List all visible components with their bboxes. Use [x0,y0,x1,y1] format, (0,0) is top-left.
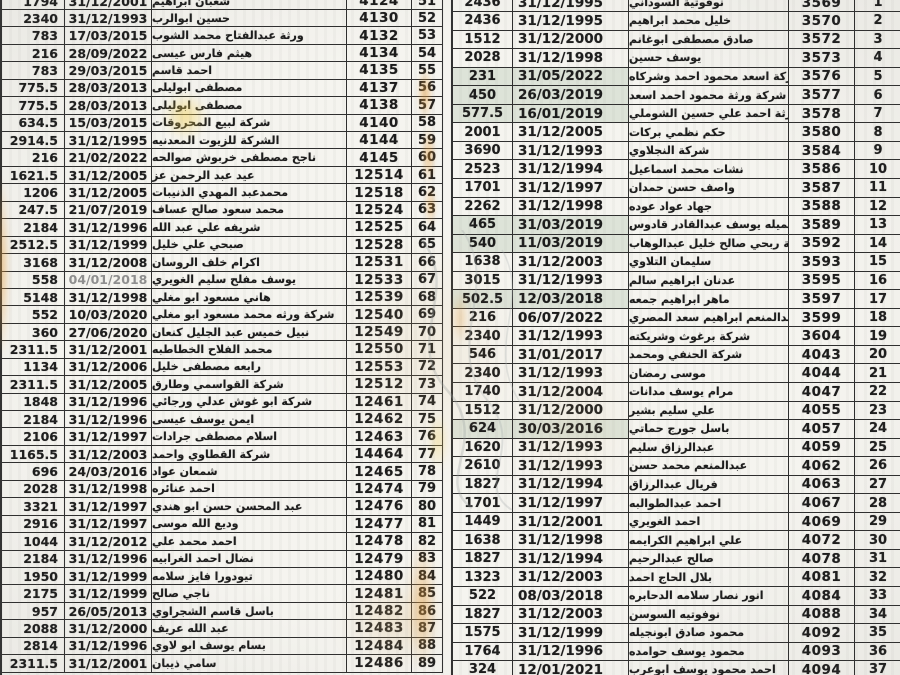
cell-name: شركة ورثه محمد مسعود ابو مغلي [152,306,347,323]
cell-amount: 1638 [453,531,513,550]
cell-date: 31/12/1993 [65,10,152,27]
cell-name: شركة ورثة محمود احمد اسعد [629,86,789,105]
table-row: 36027/06/2020نبيل خميس عبد الجليل كنعان1… [2,324,443,341]
cell-id: 4069 [789,513,855,532]
cell-amount: 1206 [2,184,65,201]
cell-seq: 13 [855,216,900,235]
cell-seq: 82 [412,533,443,550]
cell-name: ورثة عبدالفتاح محمد الشوب [152,27,347,44]
cell-name: صبحي علي خليل [152,237,347,254]
cell-id: 12482 [347,603,412,620]
cell-seq: 19 [855,327,900,346]
cell-id: 4088 [789,606,855,625]
cell-id: 3584 [789,142,855,161]
cell-seq: 51 [412,0,443,10]
cell-amount: 1827 [453,606,513,625]
cell-name: جميله يوسف عبدالقادر قادوس [629,216,789,235]
cell-name: شمعان عواد [152,463,347,480]
cell-seq: 27 [855,476,900,495]
table-row: 104431/12/2012احمد محمد علي1247882 [2,533,443,550]
cell-amount: 2523 [453,160,513,179]
table-row: 291631/12/1997وديع الله موسى1247781 [2,516,443,533]
cell-seq: 33 [855,587,900,606]
cell-seq: 22 [855,383,900,402]
cell-seq: 89 [412,655,443,672]
cell-id: 3599 [789,309,855,328]
table-row: 163831/12/2003سليمان التلاوي359315 [453,253,900,272]
cell-amount: 2512.5 [2,237,65,254]
cell-name: واصف حسن حمدان [629,179,789,198]
cell-date: 31/12/1993 [513,439,629,458]
cell-id: 12476 [347,498,412,515]
cell-date: 17/03/2015 [65,27,152,44]
cell-amount: 3690 [453,142,513,161]
cell-id: 4094 [789,661,855,675]
cell-date: 12/03/2018 [513,290,629,309]
cell-name: شركة لبيع المحروقات [152,115,347,132]
cell-name: شركة الحنفي ومحمد [629,346,789,365]
table-row: 113431/12/2006رابعه مصطفى خليل1255372 [2,359,443,376]
cell-amount: 2088 [2,620,65,637]
cell-amount: 502.5 [453,290,513,309]
cell-id: 12518 [347,184,412,201]
cell-date: 31/12/1999 [65,237,152,254]
cell-name: تيودورا فايز سلامه [152,568,347,585]
table-row: 55210/03/2020شركة ورثه محمد مسعود ابو مغ… [2,306,443,323]
cell-date: 31/12/1997 [513,494,629,513]
cell-amount: 1950 [2,568,65,585]
table-row: 132331/12/2003بلال الحاج احمد408132 [453,568,900,587]
table-row: 52208/03/2018انور نصار سلامه الدحابره408… [453,587,900,606]
cell-name: شركة اسعد محمود احمد وشركاه [629,68,789,87]
cell-id: 4067 [789,494,855,513]
cell-name: هاني مسعود ابو مغلي [152,289,347,306]
table-row: 2914.531/12/1995الشركة للزيوت المعدنيه41… [2,132,443,149]
table-row: 151231/12/2000صادق مصطفى ابوغانم35723 [453,31,900,50]
cell-id: 3570 [789,12,855,31]
cell-id: 4132 [347,27,412,44]
cell-seq: 23 [855,402,900,421]
table-row: 208831/12/2000عبد الله عريف1248387 [2,620,443,637]
cell-date: 21/07/2019 [65,202,152,219]
table-row: 234031/12/1993حسين ابوالرب413052 [2,10,443,27]
cell-name: نشات محمد اسماعيل [629,160,789,179]
cell-id: 4055 [789,402,855,421]
ledger-rows-left: 179431/12/2001شعبان ابراهيم412451234031/… [2,0,443,673]
cell-seq: 73 [412,376,443,393]
table-row: 2311.531/12/2001سامي ذيبان1248689 [2,655,443,672]
cell-id: 12479 [347,551,412,568]
cell-seq: 24 [855,420,900,439]
table-row: 195031/12/1999تيودورا فايز سلامه1248084 [2,568,443,585]
cell-seq: 55 [412,62,443,79]
cell-name: ماهر ابراهيم جمعه [629,290,789,309]
cell-id: 4135 [347,62,412,79]
cell-seq: 14 [855,235,900,254]
cell-seq: 34 [855,606,900,625]
cell-id: 12461 [347,394,412,411]
cell-date: 31/12/2001 [65,341,152,358]
cell-name: علي سليم بشير [629,402,789,421]
cell-id: 3589 [789,216,855,235]
cell-id: 3573 [789,49,855,68]
cell-seq: 77 [412,446,443,463]
cell-name: شركة برغوث وشريكته [629,327,789,346]
cell-date: 28/03/2013 [65,97,152,114]
cell-date: 15/03/2015 [65,115,152,132]
table-row: 120631/12/2005محمدعبد المهدي الذنيبات125… [2,184,443,201]
cell-id: 3587 [789,179,855,198]
cell-name: نبيل خميس عبد الجليل كنعان [152,324,347,341]
cell-seq: 65 [412,237,443,254]
cell-name: شعبان ابراهيم [152,0,347,10]
table-row: 182731/12/1994فريال عبدالرزاق406327 [453,476,900,495]
cell-date: 06/07/2022 [513,309,629,328]
cell-date: 27/06/2020 [65,324,152,341]
cell-date: 31/12/1996 [513,643,629,662]
table-row: 217531/12/1999ناجي صالح1248185 [2,585,443,602]
cell-amount: 1323 [453,568,513,587]
cell-seq: 21 [855,364,900,383]
table-row: 182731/12/1994صالح عبدالرحيم407831 [453,550,900,569]
table-row: 1165.531/12/2003شركة القطاوي واحمد144647… [2,446,443,463]
cell-id: 4130 [347,10,412,27]
cell-date: 26/05/2013 [65,603,152,620]
cell-date: 31/12/2000 [65,620,152,637]
cell-seq: 56 [412,80,443,97]
cell-seq: 9 [855,142,900,161]
cell-date: 31/12/1995 [513,0,629,12]
table-row: 78329/03/2015احمد قاسم413555 [2,62,443,79]
table-row: 2311.531/12/2005شركة القواسمي وطارق12512… [2,376,443,393]
cell-amount: 1134 [2,359,65,376]
cell-date: 31/12/1998 [65,481,152,498]
cell-seq: 29 [855,513,900,532]
cell-seq: 11 [855,179,900,198]
cell-amount: 2311.5 [2,655,65,672]
cell-seq: 78 [412,463,443,480]
cell-seq: 72 [412,359,443,376]
cell-date: 31/12/2006 [65,359,152,376]
cell-date: 31/12/2003 [513,253,629,272]
cell-date: 31/12/1996 [65,394,152,411]
table-row: 32412/01/2021احمد محمود يوسف ابوعرب40943… [453,661,900,675]
cell-amount: 465 [453,216,513,235]
table-row: 21628/09/2022هيثم فارس عيسى413454 [2,45,443,62]
cell-id: 12549 [347,324,412,341]
cell-date: 31/12/1995 [65,132,152,149]
cell-seq: 71 [412,341,443,358]
cell-date: 31/12/2005 [513,123,629,142]
cell-amount: 2028 [453,49,513,68]
cell-amount: 1848 [2,394,65,411]
cell-date: 08/03/2018 [513,587,629,606]
table-row: 157531/12/1999محمود صادق ابونجيله409235 [453,624,900,643]
cell-id: 3572 [789,31,855,50]
cell-id: 3595 [789,272,855,291]
table-row: 252331/12/1994نشات محمد اسماعيل358610 [453,160,900,179]
cell-name: مرام يوسف مدانات [629,383,789,402]
cell-amount: 775.5 [2,80,65,97]
cell-seq: 75 [412,411,443,428]
table-row: 369031/12/1993شركة النجلاوي35849 [453,142,900,161]
cell-seq: 80 [412,498,443,515]
table-row: 332131/12/1997عبد المحسن حسن ابو هندي124… [2,498,443,515]
cell-date: 31/12/2008 [65,254,152,271]
cell-date: 12/01/2021 [513,661,629,675]
table-row: 182731/12/2003نوفوتيه السوسن408834 [453,606,900,625]
cell-date: 31/12/2005 [65,167,152,184]
table-row: 54631/01/2017شركة الحنفي ومحمد404320 [453,346,900,365]
cell-amount: 2610 [453,457,513,476]
table-row: 54011/03/2019ورثة ربحي صالح خليل عبدالوه… [453,235,900,254]
cell-name: صالح عبدالرحيم [629,550,789,569]
cell-id: 12512 [347,376,412,393]
cell-amount: 2340 [453,327,513,346]
table-row: 218431/12/1996ايمن يوسف عيسى1246275 [2,411,443,428]
cell-id: 12553 [347,359,412,376]
table-row: 62430/03/2016باسل جورج حماتي405724 [453,420,900,439]
cell-id: 12531 [347,254,412,271]
table-row: 2311.531/12/2001محمد الفلاح الخطاطبه1255… [2,341,443,358]
cell-name: ورثة احمد علي حسين الشوملي [629,105,789,124]
cell-id: 12465 [347,463,412,480]
cell-date: 31/12/1993 [513,457,629,476]
cell-date: 31/12/1996 [65,219,152,236]
cell-seq: 28 [855,494,900,513]
cell-seq: 63 [412,202,443,219]
cell-amount: 5148 [2,289,65,306]
cell-seq: 31 [855,550,900,569]
cell-id: 4047 [789,383,855,402]
cell-id: 4063 [789,476,855,495]
cell-name: احمد محمود يوسف ابوعرب [629,661,789,675]
cell-amount: 3321 [2,498,65,515]
table-row: 200131/12/2005حكم نظمي بركات35808 [453,123,900,142]
cell-date: 31/12/1996 [65,551,152,568]
cell-id: 3597 [789,290,855,309]
table-row: 151231/12/2000علي سليم بشير405523 [453,402,900,421]
cell-date: 31/01/2017 [513,346,629,365]
cell-id: 4138 [347,97,412,114]
cell-seq: 76 [412,428,443,445]
cell-id: 12524 [347,202,412,219]
cell-date: 04/01/2018 [65,272,152,289]
cell-id: 12477 [347,516,412,533]
table-row: 316831/12/2008اكرام خلف الروسان1253166 [2,254,443,271]
cell-name: جهاد عواد عوده [629,198,789,217]
table-row: 45026/03/2019شركة ورثة محمود احمد اسعد35… [453,86,900,105]
cell-date: 31/12/1999 [65,568,152,585]
table-row: 202831/12/1998احمد عنائره1247479 [2,481,443,498]
cell-id: 12539 [347,289,412,306]
cell-date: 24/03/2016 [65,463,152,480]
cell-seq: 52 [412,10,443,27]
cell-id: 4078 [789,550,855,569]
table-row: 247.521/07/2019محمد سعود صالح عساف125246… [2,202,443,219]
cell-amount: 1827 [453,550,513,569]
cell-id: 3586 [789,160,855,179]
cell-seq: 8 [855,123,900,142]
table-row: 218431/12/1996نضال احمد الغرابيه1247983 [2,551,443,568]
cell-seq: 88 [412,638,443,655]
cell-id: 12550 [347,341,412,358]
cell-id: 12481 [347,585,412,602]
cell-amount: 1512 [453,402,513,421]
cell-date: 31/12/2000 [513,402,629,421]
cell-seq: 6 [855,86,900,105]
cell-id: 4144 [347,132,412,149]
cell-date: 31/12/1993 [513,364,629,383]
cell-amount: 2184 [2,551,65,568]
cell-name: محمود يوسف حوامده [629,643,789,662]
cell-amount: 1575 [453,624,513,643]
cell-amount: 3168 [2,254,65,271]
cell-date: 31/12/2000 [513,31,629,50]
cell-seq: 18 [855,309,900,328]
cell-amount: 450 [453,86,513,105]
cell-name: حكم نظمي بركات [629,123,789,142]
cell-seq: 3 [855,31,900,50]
cell-amount: 540 [453,235,513,254]
table-row: 577.516/01/2019ورثة احمد علي حسين الشومل… [453,105,900,124]
cell-amount: 1621.5 [2,167,65,184]
ledger-table-left: 179431/12/2001شعبان ابراهيم412451234031/… [0,0,443,675]
cell-seq: 1 [855,0,900,12]
cell-name: عدنان ابراهيم سالم [629,272,789,291]
cell-date: 31/12/1993 [513,272,629,291]
cell-seq: 25 [855,439,900,458]
cell-id: 4140 [347,115,412,132]
table-row: 243631/12/1995نوفوتية السوداني35691 [453,0,900,12]
table-row: 184831/12/1996شركة ابو غوش عدلي ورجائي12… [2,394,443,411]
cell-name: مصطفى ابوليلى [152,97,347,114]
cell-name: اكرام خلف الروسان [152,254,347,271]
cell-amount: 558 [2,272,65,289]
cell-id: 3578 [789,105,855,124]
cell-amount: 552 [2,306,65,323]
cell-seq: 5 [855,68,900,87]
table-row: 176431/12/1996محمود يوسف حوامده409336 [453,643,900,662]
cell-id: 4092 [789,624,855,643]
cell-name: رابعه مصطفى خليل [152,359,347,376]
cell-date: 31/12/2001 [65,655,152,672]
table-row: 261031/12/1993عبدالمنعم محمد حسن406226 [453,457,900,476]
table-row: 21621/02/2022ناجح مصطفى خربوش صوالحه4145… [2,149,443,166]
cell-id: 12525 [347,219,412,236]
cell-id: 4137 [347,80,412,97]
cell-name: يوسف مفلح سليم الغويري [152,272,347,289]
cell-id: 4059 [789,439,855,458]
table-row: 775.528/03/2013مصطفى ابوليلى413857 [2,97,443,114]
table-row: 78317/03/2015ورثة عبدالفتاح محمد الشوب41… [2,27,443,44]
cell-amount: 1165.5 [2,446,65,463]
cell-date: 31/12/1995 [513,12,629,31]
cell-amount: 3015 [453,272,513,291]
cell-id: 4043 [789,346,855,365]
cell-id: 4044 [789,364,855,383]
cell-seq: 2 [855,12,900,31]
cell-name: شركة القطاوي واحمد [152,446,347,463]
cell-date: 31/12/1998 [513,198,629,217]
cell-amount: 2106 [2,428,65,445]
cell-name: عبد الله عريف [152,620,347,637]
cell-name: موسى رمضان [629,364,789,383]
cell-date: 26/03/2019 [513,86,629,105]
cell-id: 3576 [789,68,855,87]
cell-id: 3569 [789,0,855,12]
cell-name: حسين ابوالرب [152,10,347,27]
cell-amount: 247.5 [2,202,65,219]
table-row: 179431/12/2001شعبان ابراهيم412451 [2,0,443,10]
cell-name: احمد قاسم [152,62,347,79]
cell-date: 31/12/1997 [65,516,152,533]
cell-seq: 35 [855,624,900,643]
cell-amount: 216 [2,149,65,166]
cell-name: احمد الغويري [629,513,789,532]
table-row: 21606/07/2022عبدالمنعم ابراهيم سعد المصر… [453,309,900,328]
table-row: 514831/12/1998هاني مسعود ابو مغلي1253968 [2,289,443,306]
cell-seq: 15 [855,253,900,272]
cell-amount: 1512 [453,31,513,50]
cell-amount: 1794 [2,0,65,10]
cell-id: 3580 [789,123,855,142]
cell-date: 31/12/2001 [513,513,629,532]
cell-amount: 2340 [2,10,65,27]
table-row: 281431/12/1996بسام يوسف ابو لاوي1248488 [2,638,443,655]
table-row: 69624/03/2016شمعان عواد1246578 [2,463,443,480]
cell-name: صادق مصطفى ابوغانم [629,31,789,50]
table-row: 218431/12/1996شريفه علي عبد الله1252564 [2,219,443,236]
cell-amount: 624 [453,420,513,439]
cell-date: 31/12/1994 [513,476,629,495]
table-row: 46531/03/2019جميله يوسف عبدالقادر قادوس3… [453,216,900,235]
cell-seq: 67 [412,272,443,289]
cell-seq: 12 [855,198,900,217]
cell-name: مصطفى ابوليلى [152,80,347,97]
table-row: 95726/05/2013باسل قاسم الشجراوي1248286 [2,603,443,620]
cell-date: 31/12/2005 [65,184,152,201]
ledger-rows-right: 243631/12/1995نوفوتية السوداني3569124363… [453,0,900,675]
cell-date: 31/12/2001 [65,0,152,10]
cell-id: 3593 [789,253,855,272]
cell-id: 4134 [347,45,412,62]
cell-date: 31/12/1996 [65,411,152,428]
cell-date: 31/12/2003 [513,568,629,587]
cell-id: 3604 [789,327,855,346]
cell-date: 31/05/2022 [513,68,629,87]
cell-name: عيد عبد الرحمن عز [152,167,347,184]
cell-seq: 61 [412,167,443,184]
cell-id: 12462 [347,411,412,428]
table-row: 23131/05/2022شركة اسعد محمود احمد وشركاه… [453,68,900,87]
cell-name: شركة القواسمي وطارق [152,376,347,393]
cell-amount: 522 [453,587,513,606]
cell-date: 16/01/2019 [513,105,629,124]
cell-id: 12478 [347,533,412,550]
cell-name: شركة ابو غوش عدلي ورجائي [152,394,347,411]
cell-name: عبدالرزاق سليم [629,439,789,458]
cell-seq: 10 [855,160,900,179]
cell-amount: 696 [2,463,65,480]
cell-amount: 216 [2,45,65,62]
cell-amount: 783 [2,62,65,79]
cell-amount: 1827 [453,476,513,495]
cell-amount: 2916 [2,516,65,533]
cell-name: الشركة للزيوت المعدنيه [152,132,347,149]
cell-date: 31/12/1994 [513,160,629,179]
cell-name: احمد محمد علي [152,533,347,550]
